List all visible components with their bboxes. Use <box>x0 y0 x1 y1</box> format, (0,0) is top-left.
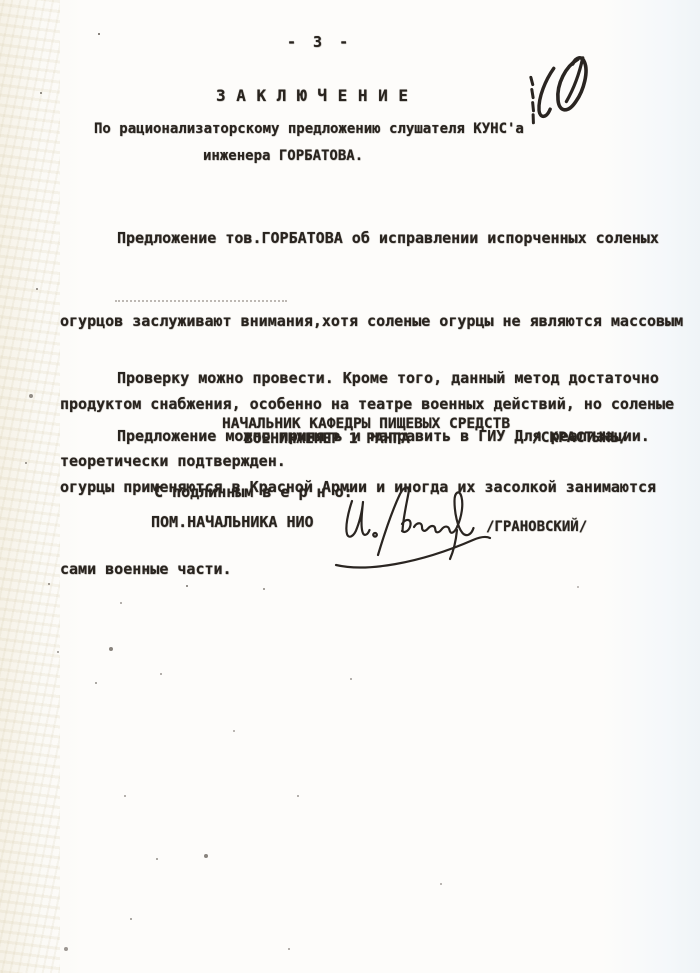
signature-position-line-1: НАЧАЛЬНИК КАФЕДРЫ ПИЩЕВЫХ СРЕДСТВ <box>222 416 510 432</box>
scan-smudge <box>115 300 287 302</box>
scanned-document-page: - 3 - З А К Л Ю Ч Е Н И Е По рационализа… <box>0 0 700 973</box>
handwritten-signature <box>318 477 503 575</box>
subject-line-2: инженера ГОРБАТОВА. <box>203 148 363 164</box>
document-title: З А К Л Ю Ч Е Н И Е <box>216 86 409 105</box>
body-line: Предложение тов.ГОРБАТОВА об исправлении… <box>60 225 700 253</box>
subject-line-1: По рационализаторскому предложению слуша… <box>94 121 524 137</box>
page-number: - 3 - <box>287 33 352 51</box>
paper-grain <box>0 0 60 973</box>
signature-position-line-2: ВОЕНИНЖЕНЕР 1 РАНГА <box>244 431 410 447</box>
certification-position: ПОМ.НАЧАЛЬНИКА НИО <box>151 513 314 531</box>
certified-name-granovsky: /ГРАНОВСКИЙ/ <box>486 519 587 535</box>
signature-name-skrastyn: /СКРАСТЫНЬ/ <box>532 430 628 446</box>
scan-speckles <box>0 0 2 2</box>
